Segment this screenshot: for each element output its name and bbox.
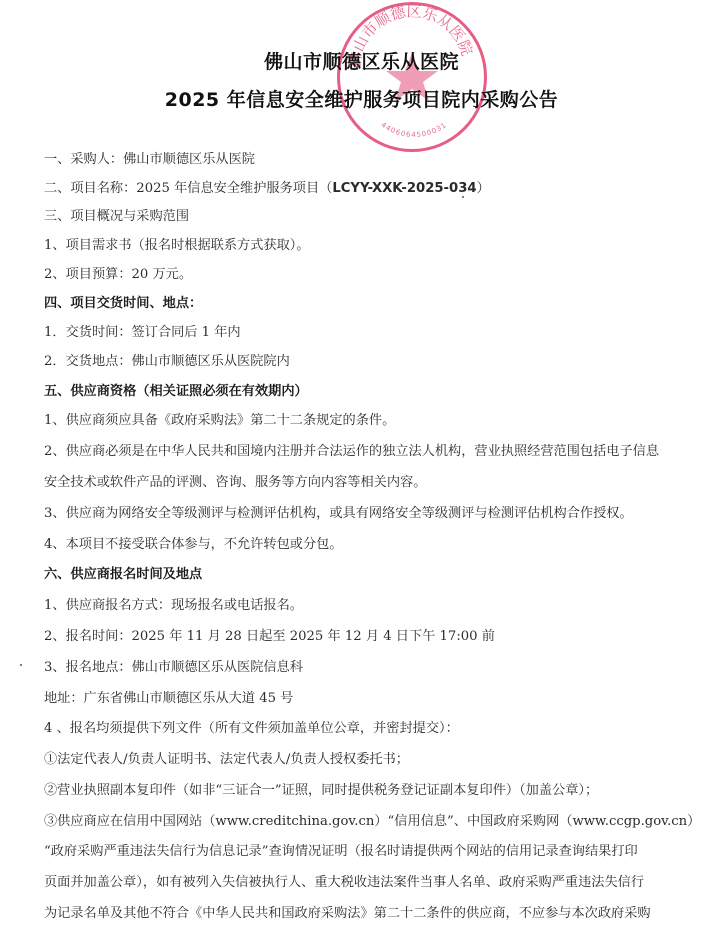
requirement-doc-line: 1、项目需求书（报名时根据联系方式获取）。 [44,237,310,255]
qualification-item-4: 4、本项目不接受联合体参与，不允许转包或分包。 [44,536,343,554]
document-title-line1: 佛山市顺德区乐从医院 [0,47,723,74]
registration-time-line: 2、报名时间：2025 年 11 月 28 日起至 2025 年 12 月 4 … [44,628,495,646]
required-doc-2: ②营业执照副本复印件（如非“三证合一”证照，同时提供税务登记证副本复印件）（加盖… [44,782,598,800]
official-seal-stamp: 佛山市顺德区乐从医院 4406064500031 [337,2,487,152]
seal-star-icon: 佛山市顺德区乐从医院 4406064500031 [340,5,484,149]
registration-method-line: 1、供应商报名方式：现场报名或电话报名。 [44,597,303,615]
qualification-item-1: 1、供应商须应具备《政府采购法》第二十二条规定的条件。 [44,412,395,430]
budget-line: 2、项目预算：20 万元。 [44,266,192,284]
purchaser-line: 一、采购人：佛山市顺德区乐从医院 [44,151,255,169]
section-heading-overview: 三、项目概况与采购范围 [44,208,189,226]
delivery-time-line: 1．交货时间：签订合同后 1 年内 [44,324,241,342]
qualification-item-2: 2、供应商必须是在中华人民共和国境内注册并合法运作的独立法人机构，营业执照经营范… [44,443,659,461]
registration-place-line: 3、报名地点：佛山市顺德区乐从医院信息科 [44,659,303,677]
required-doc-3-cont-1: “政府采购严重违法失信行为信息记录”查询情况证明（报名时请提供两个网站的信用记录… [44,843,638,861]
address-line: 地址：广东省佛山市顺德区乐从大道 45 号 [44,690,293,708]
svg-text:4406064500031: 4406064500031 [379,121,448,139]
project-name-line: 二、项目名称：2025 年信息安全维护服务项目（LCYY-XXK-2025-03… [44,180,490,198]
required-docs-line: 4 、报名均须提供下列文件（所有文件须加盖单位公章，并密封提交）： [44,720,459,738]
required-doc-1: ①法定代表人/负责人证明书、法定代表人/负责人授权委托书； [44,751,409,769]
qualification-item-3: 3、供应商为网络安全等级测评与检测评估机构，或具有网络安全等级测评与检测评估机构… [44,505,633,523]
required-doc-3-cont-3: 为记录名单及其他不符合《中华人民共和国政府采购法》第二十二条件的供应商，不应参与… [44,905,651,923]
project-name-text: 二、项目名称：2025 年信息安全维护服务项目（ [44,181,332,196]
scan-speck [20,664,22,666]
project-code: LCYY-XXK-2025-034 [332,181,476,196]
scan-speck [462,196,464,198]
section-heading-qualification: 五、供应商资格（相关证照必须在有效期内） [44,383,308,401]
delivery-place-line: 2．交货地点：佛山市顺德区乐从医院院内 [44,353,290,371]
qualification-item-2-cont: 安全技术或软件产品的评测、咨询、服务等方向内容等相关内容。 [44,474,426,492]
document-page: 佛山市顺德区乐从医院 4406064500031 佛山市顺德区乐从医院 2025… [0,0,723,937]
section-heading-registration: 六、供应商报名时间及地点 [44,566,202,584]
document-title-line2: 2025 年信息安全维护服务项目院内采购公告 [0,85,723,112]
project-name-suffix: ） [477,181,490,196]
required-doc-3-cont-2: 页面并加盖公章），如有被列入失信被执行人、重大税收违法案件当事人名单、政府采购严… [44,874,644,892]
required-doc-3: ③供应商应在信用中国网站（www.creditchina.gov.cn）“信用信… [44,813,700,831]
section-heading-delivery: 四、项目交货时间、地点： [44,295,202,313]
